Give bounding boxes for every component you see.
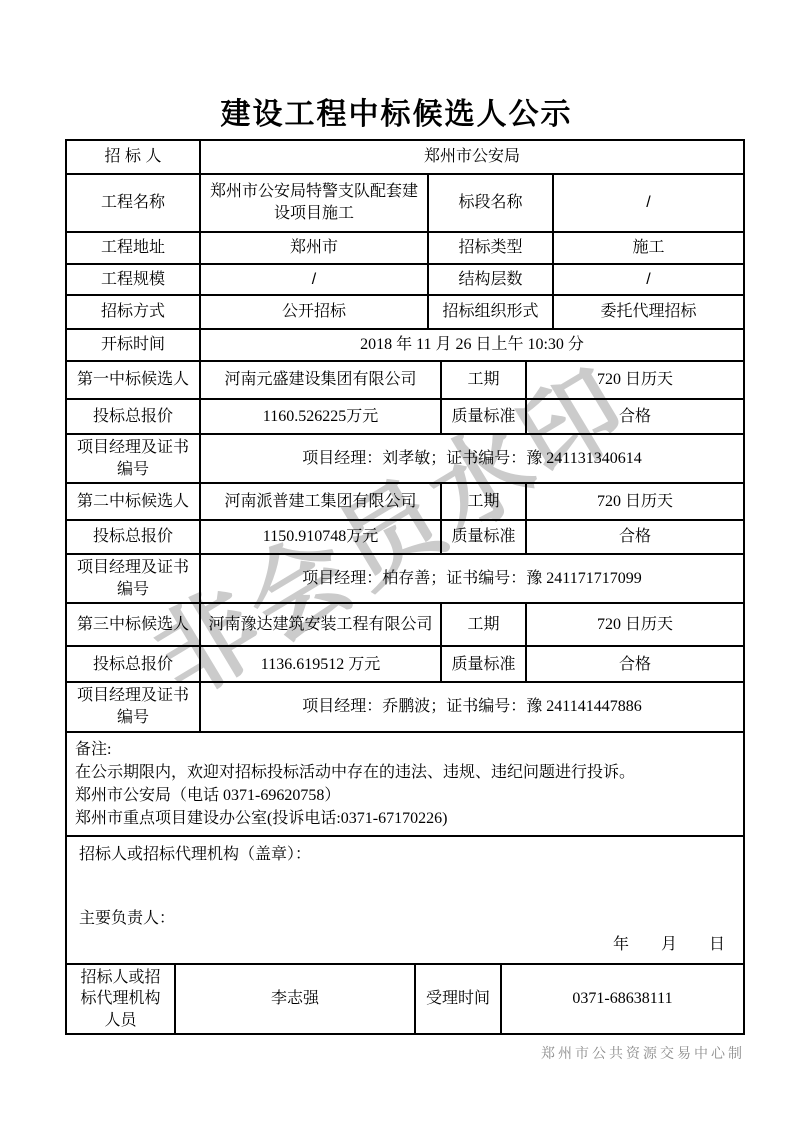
- opening-time-value: 2018 年 11 月 26 日上午 10:30 分: [199, 330, 743, 360]
- tenderer-label: 招 标 人: [67, 141, 199, 173]
- section-name-label: 标段名称: [427, 175, 552, 231]
- candidate-2-quality-value: 合格: [525, 521, 743, 553]
- remarks-line-1: 在公示期限内，欢迎对招标投标活动中存在的违法、违规、违纪问题进行投诉。: [75, 761, 735, 784]
- address-value: 郑州市: [199, 233, 427, 263]
- opening-time-label: 开标时间: [67, 330, 199, 360]
- candidate-1-price-value: 1160.526225万元: [199, 400, 440, 433]
- scale-label: 工程规模: [67, 265, 199, 294]
- candidate-1-rank-label: 第一中标候选人: [67, 362, 199, 398]
- candidate-1-manager-value: 项目经理：刘孝敏；证书编号：豫 241131340614: [199, 435, 743, 482]
- accept-time-value: 0371-68638111: [500, 965, 743, 1034]
- candidate-1-quality-value: 合格: [525, 400, 743, 433]
- project-name-label: 工程名称: [67, 175, 199, 231]
- footer-note: 郑州市公共资源交易中心制: [65, 1043, 745, 1063]
- scale-row: 工程规模 / 结构层数 /: [67, 263, 743, 294]
- scale-value: /: [199, 265, 427, 294]
- candidate-3-quality-label: 质量标准: [440, 647, 525, 681]
- candidate-1-manager-label: 项目经理及证书编号: [67, 435, 199, 482]
- method-label: 招标方式: [67, 296, 199, 328]
- floors-label: 结构层数: [427, 265, 552, 294]
- candidate-2-manager-row: 项目经理及证书编号 项目经理：柏存善；证书编号：豫 241171717099: [67, 553, 743, 602]
- tender-type-value: 施工: [552, 233, 743, 263]
- candidate-3-row: 第三中标候选人 河南豫达建筑安装工程有限公司 工期 720 日历天: [67, 602, 743, 645]
- candidate-2-manager-value: 项目经理：柏存善；证书编号：豫 241171717099: [199, 555, 743, 602]
- tenderer-row: 招 标 人 郑州市公安局: [67, 141, 743, 173]
- candidate-2-row: 第二中标候选人 河南派普建工集团有限公司 工期 720 日历天: [67, 482, 743, 519]
- candidate-1-row: 第一中标候选人 河南元盛建设集团有限公司 工期 720 日历天: [67, 360, 743, 398]
- address-row: 工程地址 郑州市 招标类型 施工: [67, 231, 743, 263]
- remarks-line-3: 郑州市重点项目建设办公室(投诉电话:0371-67170226): [75, 807, 735, 830]
- staff-label: 招标人或招标代理机构人员: [67, 965, 174, 1034]
- date-line: 年 月 日: [79, 935, 731, 955]
- remarks-title: 备注:: [75, 738, 735, 761]
- staff-row: 招标人或招标代理机构人员 李志强 受理时间 0371-68638111: [67, 963, 743, 1034]
- candidate-3-manager-label: 项目经理及证书编号: [67, 683, 199, 730]
- signature-cell: 招标人或招标代理机构（盖章）： 主要负责人： 年 月 日: [67, 837, 743, 963]
- page-title: 建设工程中标候选人公示: [0, 0, 793, 133]
- tender-type-label: 招标类型: [427, 233, 552, 263]
- address-label: 工程地址: [67, 233, 199, 263]
- candidate-2-duration-value: 720 日历天: [525, 484, 743, 519]
- candidate-3-rank-label: 第三中标候选人: [67, 604, 199, 645]
- candidate-2-rank-label: 第二中标候选人: [67, 484, 199, 519]
- candidate-2-company: 河南派普建工集团有限公司: [199, 484, 440, 519]
- candidate-2-price-label: 投标总报价: [67, 521, 199, 553]
- candidate-3-price-value: 1136.619512 万元: [199, 647, 440, 681]
- remarks-cell: 备注: 在公示期限内，欢迎对招标投标活动中存在的违法、违规、违纪问题进行投诉。 …: [67, 733, 743, 835]
- candidate-3-duration-label: 工期: [440, 604, 525, 645]
- document-page: 非会员水印 建设工程中标候选人公示 招 标 人 郑州市公安局 工程名称 郑州市公…: [0, 0, 793, 1122]
- staff-name: 李志强: [174, 965, 414, 1034]
- floors-value: /: [552, 265, 743, 294]
- candidate-3-company: 河南豫达建筑安装工程有限公司: [199, 604, 440, 645]
- candidate-2-price-row: 投标总报价 1150.910748万元 质量标准 合格: [67, 519, 743, 553]
- project-name-value: 郑州市公安局特警支队配套建设项目施工: [199, 175, 427, 231]
- candidate-3-price-row: 投标总报价 1136.619512 万元 质量标准 合格: [67, 645, 743, 681]
- candidate-1-manager-row: 项目经理及证书编号 项目经理：刘孝敏；证书编号：豫 241131340614: [67, 433, 743, 482]
- method-row: 招标方式 公开招标 招标组织形式 委托代理招标: [67, 294, 743, 328]
- candidate-1-quality-label: 质量标准: [440, 400, 525, 433]
- candidate-3-price-label: 投标总报价: [67, 647, 199, 681]
- candidate-1-price-row: 投标总报价 1160.526225万元 质量标准 合格: [67, 398, 743, 433]
- project-name-row: 工程名称 郑州市公安局特警支队配套建设项目施工 标段名称 /: [67, 173, 743, 231]
- candidate-1-company: 河南元盛建设集团有限公司: [199, 362, 440, 398]
- candidate-3-quality-value: 合格: [525, 647, 743, 681]
- org-form-value: 委托代理招标: [552, 296, 743, 328]
- candidate-2-manager-label: 项目经理及证书编号: [67, 555, 199, 602]
- signature-row: 招标人或招标代理机构（盖章）： 主要负责人： 年 月 日: [67, 835, 743, 963]
- candidate-2-quality-label: 质量标准: [440, 521, 525, 553]
- accept-time-label: 受理时间: [414, 965, 500, 1034]
- section-name-value: /: [552, 175, 743, 231]
- candidate-2-duration-label: 工期: [440, 484, 525, 519]
- candidate-3-manager-row: 项目经理及证书编号 项目经理：乔鹏波；证书编号：豫 241141447886: [67, 681, 743, 730]
- candidate-3-duration-value: 720 日历天: [525, 604, 743, 645]
- remarks-row: 备注: 在公示期限内，欢迎对招标投标活动中存在的违法、违规、违纪问题进行投诉。 …: [67, 731, 743, 835]
- method-value: 公开招标: [199, 296, 427, 328]
- candidate-1-price-label: 投标总报价: [67, 400, 199, 433]
- candidate-2-price-value: 1150.910748万元: [199, 521, 440, 553]
- org-form-label: 招标组织形式: [427, 296, 552, 328]
- remarks-line-2: 郑州市公安局（电话 0371-69620758）: [75, 784, 735, 807]
- principal-line: 主要负责人：: [79, 909, 731, 929]
- candidate-1-duration-value: 720 日历天: [525, 362, 743, 398]
- tenderer-value: 郑州市公安局: [199, 141, 743, 173]
- candidate-3-manager-value: 项目经理：乔鹏波；证书编号：豫 241141447886: [199, 683, 743, 730]
- seal-line: 招标人或招标代理机构（盖章）：: [79, 845, 731, 865]
- candidate-1-duration-label: 工期: [440, 362, 525, 398]
- opening-time-row: 开标时间 2018 年 11 月 26 日上午 10:30 分: [67, 328, 743, 360]
- bid-candidates-table: 招 标 人 郑州市公安局 工程名称 郑州市公安局特警支队配套建设项目施工 标段名…: [65, 139, 745, 1035]
